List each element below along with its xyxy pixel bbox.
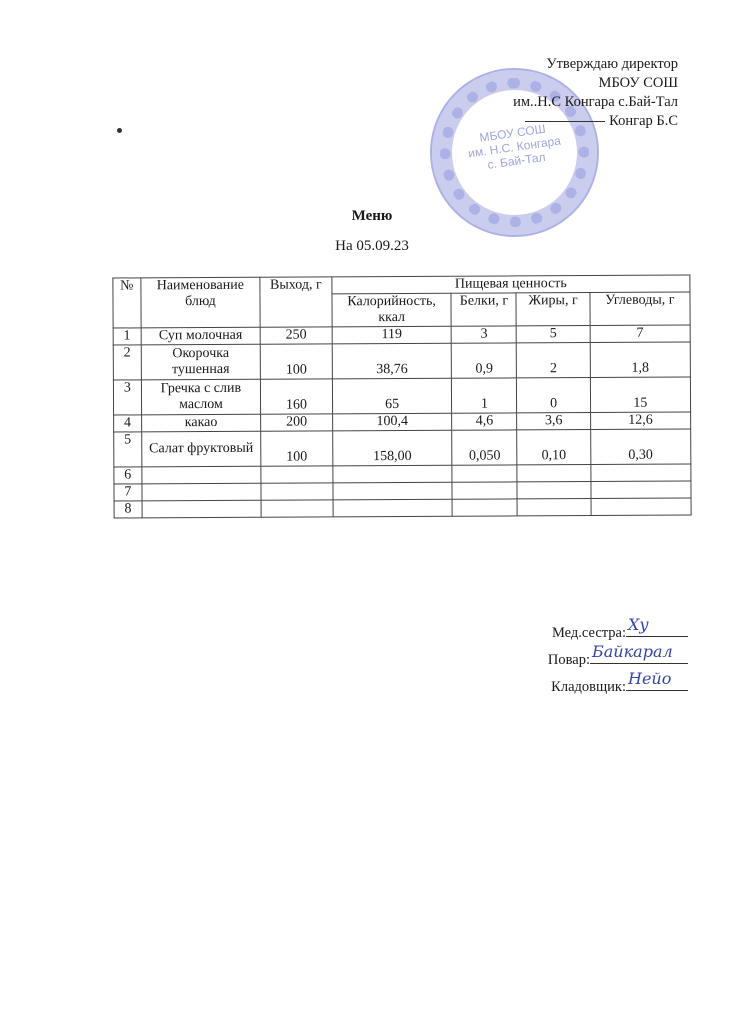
storekeeper-label: Кладовщик: (551, 679, 626, 695)
cell-fat (518, 499, 591, 516)
menu-table: № Наименование блюд Выход, г Пищевая цен… (112, 274, 691, 518)
cell-kcal: 100,4 (332, 413, 452, 431)
cell-carbs (591, 464, 691, 482)
approval-line-4: Конгар Б.С (513, 112, 678, 131)
cell-kcal (333, 465, 453, 483)
cell-protein: 1 (452, 378, 517, 413)
signatures-block: Мед.сестра:Ху Повар:Байкарал Кладовщик:Н… (548, 620, 688, 701)
cell-output (261, 483, 333, 500)
cook-signature: Байкарал (592, 638, 673, 665)
cell-protein (452, 499, 517, 516)
cell-output: 100 (260, 344, 332, 379)
cell-fat: 0 (517, 378, 590, 413)
nurse-signature-line: Ху (626, 622, 688, 637)
cell-protein: 0,9 (452, 343, 517, 378)
approval-line-3: им..Н.С Конгара с.Бай-Тал (513, 93, 678, 112)
cell-protein (452, 482, 517, 499)
cell-no: 8 (114, 501, 142, 518)
cell-no: 7 (114, 484, 142, 501)
document-title: Меню (0, 208, 744, 225)
cell-fat: 2 (517, 343, 590, 378)
cell-protein: 0,050 (452, 430, 517, 465)
cell-fat: 5 (517, 326, 590, 343)
cell-output (261, 466, 333, 483)
header-name: Наименование блюд (141, 277, 261, 328)
header-fat: Жиры, г (516, 293, 589, 326)
cell-kcal (333, 482, 453, 500)
cell-no: 4 (114, 415, 142, 432)
cell-carbs (591, 481, 691, 499)
header-kcal: Калорийность, ккал (332, 293, 452, 327)
cell-carbs: 15 (590, 377, 690, 413)
cell-no: 3 (113, 380, 141, 415)
cell-protein (452, 465, 517, 482)
cook-signature-line: Байкарал (590, 649, 688, 664)
nurse-signature: Ху (628, 611, 649, 638)
cell-name: какао (141, 414, 260, 432)
cell-name (142, 466, 261, 484)
cell-no: 1 (113, 328, 141, 345)
cell-output (261, 500, 333, 517)
cell-name: Гречка с слив маслом (141, 379, 261, 415)
cell-kcal (333, 499, 453, 517)
cell-protein: 4,6 (452, 413, 517, 430)
cell-kcal: 158,00 (333, 430, 453, 466)
cell-kcal: 119 (332, 326, 452, 344)
cell-carbs: 12,6 (590, 412, 690, 430)
cell-no: 6 (114, 467, 142, 484)
cook-label: Повар: (548, 652, 590, 668)
table-row: 3 Гречка с слив маслом 160 65 1 0 15 (113, 377, 690, 415)
document-date: На 05.09.23 (0, 238, 744, 255)
cell-name (142, 500, 261, 518)
cell-kcal: 65 (332, 378, 452, 414)
cell-carbs: 0,30 (590, 429, 690, 465)
table-row: 8 (114, 498, 691, 518)
cell-fat (517, 482, 590, 499)
cell-kcal: 38,76 (332, 343, 452, 379)
cell-name: Суп молочная (141, 327, 260, 345)
table-row: 2 Окорочка тушенная 100 38,76 0,9 2 1,8 (113, 342, 690, 380)
cell-no: 5 (114, 432, 142, 467)
ink-speck (117, 128, 122, 133)
cell-fat: 0,10 (517, 430, 590, 465)
cell-output: 160 (261, 379, 333, 414)
cell-name (142, 483, 261, 501)
header-output: Выход, г (260, 277, 332, 327)
cell-output: 250 (260, 327, 332, 344)
storekeeper-signature: Нейо (628, 665, 671, 692)
director-signature-line (525, 121, 605, 122)
approval-line-1: Утверждаю директор (513, 55, 678, 74)
approval-block: Утверждаю директор МБОУ СОШ им..Н.С Конг… (513, 55, 678, 131)
header-no: № (113, 278, 141, 328)
cell-protein: 3 (451, 326, 516, 343)
cell-no: 2 (113, 345, 141, 380)
cell-name: Окорочка тушенная (141, 344, 261, 380)
header-nutrition: Пищевая ценность (332, 275, 690, 294)
header-protein: Белки, г (451, 293, 516, 326)
storekeeper-signature-line: Нейо (626, 676, 688, 691)
cell-output: 200 (261, 414, 333, 431)
cell-fat: 3,6 (517, 413, 590, 430)
cell-fat (517, 465, 590, 482)
cell-name: Салат фруктовый (141, 431, 261, 467)
cell-carbs: 1,8 (590, 342, 690, 378)
cell-carbs: 7 (590, 325, 690, 343)
header-carbs: Углеводы, г (590, 292, 690, 326)
table-row: 5 Салат фруктовый 100 158,00 0,050 0,10 … (114, 429, 691, 467)
director-name: Конгар Б.С (609, 113, 678, 129)
cell-carbs (591, 498, 691, 516)
storekeeper-signature-row: Кладовщик:Нейо (548, 674, 688, 701)
cell-output: 100 (261, 431, 333, 466)
approval-line-2: МБОУ СОШ (513, 74, 678, 93)
